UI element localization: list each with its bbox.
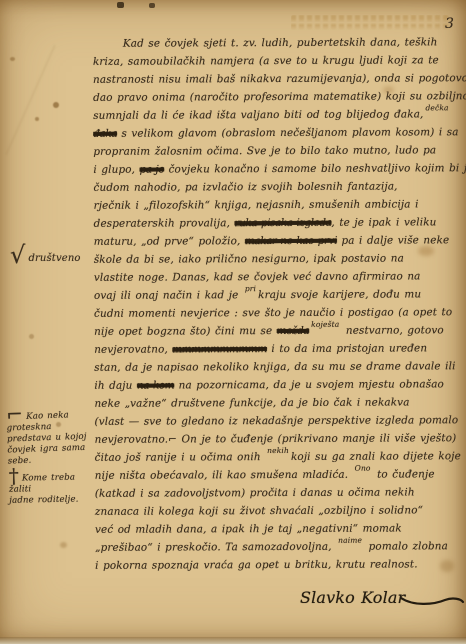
manuscript-line: nevjerovatno, mmmmmmmmmm i to da ima pri… xyxy=(94,339,466,359)
handwritten-text: rječnik i „filozofskih“ knjiga, nejasnih… xyxy=(94,198,419,211)
struck-out-text: pa je xyxy=(140,164,165,176)
text-block: Kad se čovjek sjeti t. zv. ludih, pubert… xyxy=(93,33,466,575)
handwritten-text: i glupo, xyxy=(93,164,139,176)
manuscript-line: i pokorna spoznaja vraća ga opet u britk… xyxy=(95,555,466,575)
handwritten-text: Kad se čovjek sjeti t. zv. ludih, pubert… xyxy=(123,36,438,49)
handwritten-text: čitao još ranije i u očima onih xyxy=(95,451,266,464)
signature: Slavko Kolar xyxy=(300,588,465,607)
manuscript-line: već od mladih dana, a ipak ih je taj „ne… xyxy=(95,519,466,539)
handwritten-text: maturu, „od prve“ položio, xyxy=(94,235,245,248)
struck-out-text: možda xyxy=(277,325,309,337)
handwritten-text: nije ništa obećavalo, ili kao smušena ml… xyxy=(95,469,353,482)
handwritten-text: i to da ima pristojan uređen xyxy=(267,342,427,355)
interlinear-insertion: Ono xyxy=(355,465,371,472)
struck-out-text: mmmmmmmmmm xyxy=(172,343,267,355)
handwritten-text: ovaj ili onaj način i kad je xyxy=(94,289,243,302)
interlinear-insertion: dečka xyxy=(425,104,448,111)
ink-speck xyxy=(117,2,124,8)
handwritten-text: nije opet bogzna što) čini mu se xyxy=(94,325,277,338)
handwritten-text: „prešibao“ i preskočio. Ta samozadovoljn… xyxy=(95,541,336,554)
manuscript-line: (katkad i sa zadovoljstvom) pročita i da… xyxy=(95,483,466,503)
manuscript-line: ovaj ili onaj način i kad je prikraju sv… xyxy=(94,285,466,305)
signature-text: Slavko Kolar xyxy=(300,588,405,607)
handwritten-text: nastranosti nisu imali baš nikakva razum… xyxy=(93,72,466,86)
margin-note-text: društveno xyxy=(28,253,80,264)
scan-edge xyxy=(0,637,466,644)
margin-note: ⌐Kao neka groteskna predstava u kojoj čo… xyxy=(6,407,94,468)
handwritten-text: na pozornicama, da je u svojem mjestu ob… xyxy=(174,378,444,391)
signature-flourish-icon xyxy=(399,593,465,607)
manuscript-line: đaka s velikom glavom (obraslom nečešlja… xyxy=(93,123,465,143)
handwritten-text: nestvarno, gotovo xyxy=(341,324,443,336)
handwritten-text: kraju svoje karijere, dođu mu xyxy=(258,288,421,301)
manuscript-line: (vlast — sve to gledano iz nekadašnje pe… xyxy=(94,411,466,431)
manuscript-line: ih daju na kom na pozornicama, da je u s… xyxy=(94,375,466,395)
manuscript-line: stan, da je napisao nekoliko knjiga, da … xyxy=(94,357,466,377)
manuscript-line: čitao još ranije i u očima onih nekihkoj… xyxy=(95,447,466,467)
handwritten-text: pa i dalje više neke xyxy=(337,234,449,246)
manuscript-line: nastranosti nisu imali baš nikakva razum… xyxy=(93,69,465,89)
manuscript-line: znanaca ili kolega koji su život shvaćal… xyxy=(95,501,466,521)
margin-note-text: Kome treba žaliti jadne roditelje. xyxy=(9,473,79,506)
manuscript-line: i glupo, pa je čovjeku konačno i samome … xyxy=(93,159,465,179)
interlinear-insertion: pri xyxy=(245,285,256,292)
struck-out-text: đaka xyxy=(93,128,117,140)
handwritten-text: kriza, samoubilačkih namjera (a sve to u… xyxy=(93,54,439,68)
manuscript-line: kriza, samoubilačkih namjera (a sve to u… xyxy=(93,51,465,71)
ink-speck xyxy=(149,3,155,8)
handwritten-text: to čuđenje xyxy=(373,468,435,480)
margin-notes: √društveno⌐Kao neka groteskna predstava … xyxy=(0,0,94,644)
manuscript-line: „prešibao“ i preskočio. Ta samozadovoljn… xyxy=(95,537,466,557)
handwritten-text: , te je ipak i veliku xyxy=(331,216,436,228)
manuscript-line: nije ništa obećavalo, ili kao smušena ml… xyxy=(95,465,466,485)
manuscript-line: vlastite noge. Danas, kad se čovjek već … xyxy=(94,267,466,287)
manuscript-line: dao pravo onima (naročito profesorima ma… xyxy=(93,87,465,107)
manuscript-line: rječnik i „filozofskih“ knjiga, nejasnih… xyxy=(94,195,466,215)
interlinear-insertion: nekih xyxy=(267,447,289,454)
manuscript-line: Kad se čovjek sjeti t. zv. ludih, pubert… xyxy=(93,33,465,53)
manuscript-line: čudni momenti nevjerice : sve što je nau… xyxy=(94,303,466,323)
struck-out-text: ruka pisaka izgleda xyxy=(234,217,331,229)
handwritten-text: (katkad i sa zadovoljstvom) pročita i da… xyxy=(95,486,415,499)
manuscript-line: škole da bi se, iako prilično nesigurno,… xyxy=(94,249,466,269)
handwritten-text: desperaterskih provalija, xyxy=(94,217,235,230)
handwritten-text: sumnjali da li će ikad išta valjano biti… xyxy=(93,108,423,121)
handwritten-text: ih daju xyxy=(94,380,137,392)
manuscript-line: nije opet bogzna što) čini mu se moždako… xyxy=(94,321,466,341)
handwritten-text: vlastite noge. Danas, kad se čovjek već … xyxy=(94,270,421,283)
manuscript-line: desperaterskih provalija, ruka pisaka iz… xyxy=(94,213,466,233)
handwritten-text: dao pravo onima (naročito profesorima ma… xyxy=(93,90,466,104)
handwritten-text: nevjerovatno, xyxy=(94,343,172,355)
manuscript-line: sumnjali da li će ikad išta valjano biti… xyxy=(93,105,465,125)
handwritten-text: i pokorna spoznaja vraća ga opet u britk… xyxy=(95,558,418,571)
handwritten-text: (vlast — sve to gledano iz nekadašnje pe… xyxy=(94,414,458,428)
handwritten-text: neke „važne“ društvene funkcije, da je b… xyxy=(94,396,409,409)
interlinear-insertion: naime xyxy=(338,537,362,544)
manuscript-line: propranim žalosnim očima. Sve je to bilo… xyxy=(93,141,465,161)
handwritten-text: čovjeku konačno i samome bilo neshvatlji… xyxy=(164,162,466,175)
handwritten-text: s velikom glavom (obraslom nečešljanom p… xyxy=(117,126,459,139)
page-number: 3 xyxy=(445,16,454,32)
manuscript-page: 3 Kad se čovjek sjeti t. zv. ludih, pube… xyxy=(0,0,466,644)
struck-out-text: na kom xyxy=(137,379,174,391)
manuscript-line: čudom nahodio, pa izvlačio iz svojih bol… xyxy=(93,177,465,197)
handwritten-text: nevjerovatno.⌐ On je to čuđenje (prikriv… xyxy=(95,432,457,446)
handwritten-text: čudom nahodio, pa izvlačio iz svojih bol… xyxy=(93,180,397,193)
manuscript-line: maturu, „od prve“ položio, makar ne kao … xyxy=(94,231,466,251)
interlinear-insertion: koješta xyxy=(311,321,339,328)
margin-note: †Kome treba žaliti jadne roditelje. xyxy=(9,469,96,506)
handwritten-text: čudni momenti nevjerice : sve što je nau… xyxy=(94,306,452,320)
manuscript-line: neke „važne“ društvene funkcije, da je b… xyxy=(94,393,466,413)
margin-note-mark-icon: √ xyxy=(10,241,25,269)
handwritten-text: znanaca ili kolega koji su život shvaćal… xyxy=(95,504,423,517)
handwritten-text: pomalo zlobna xyxy=(364,540,448,552)
faded-stamp-icon xyxy=(291,15,449,32)
struck-out-text: makar ne kao prvi xyxy=(245,235,337,247)
margin-note: √društveno xyxy=(10,250,81,264)
handwritten-text: propranim žalosnim očima. Sve je to bilo… xyxy=(93,144,436,157)
handwritten-text: stan, da je napisao nekoliko knjiga, da … xyxy=(94,360,455,374)
handwritten-text: škole da bi se, iako prilično nesigurno,… xyxy=(94,252,404,265)
handwritten-text: već od mladih dana, a ipak ih je taj „ne… xyxy=(95,522,402,535)
handwritten-text: koji su ga znali kao dijete koje xyxy=(291,450,461,463)
